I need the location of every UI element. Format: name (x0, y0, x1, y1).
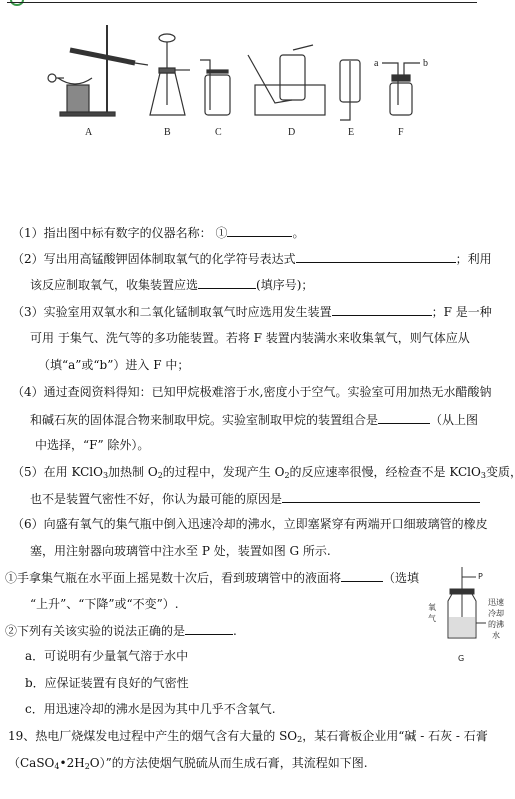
header-rule (7, 2, 477, 3)
svg-text:冷却: 冷却 (488, 608, 504, 618)
q5-line2: 也不是装置气密性不好，你认为最可能的原因是 (30, 490, 480, 507)
q2-line2: 该反应制取氧气，收集装置应选(填序号)； (30, 276, 313, 293)
q6-option-a: a．可说明有少量氧气溶于水中 (25, 648, 188, 664)
q1: （1）指出图中标有数字的仪器名称： ①。 (12, 224, 304, 241)
q3-line2: 可用 于集气、洗气等的多功能装置。若将 F 装置内装满水来收集氧气，则气体应从 (30, 330, 470, 346)
g-label-oxygen: 氧 (428, 602, 436, 612)
q5-line1: （5）在用 KClO3加热制 O2的过程中，发现产生 O2的反应速率很慢，经检查… (12, 464, 515, 484)
q6-blank-2[interactable] (185, 622, 233, 635)
logo-icon (10, 0, 24, 6)
q4-line1: （4）通过查阅资料得知：已知甲烷极难溶于水,密度小于空气。实验室可用加热无水醋酸… (12, 384, 491, 400)
g-label-p: P (478, 572, 483, 581)
q6-line2: 塞，用注射器向玻璃管中注水至 P 处，装置如图 G 所示. (30, 543, 331, 559)
q2-line1: （2）写出用高锰酸钾固体制取氧气的化学符号表达式；利用 (12, 250, 492, 267)
q6-option-b: b．应保证装置有良好的气密性 (25, 675, 189, 691)
q6-sub2: ②下列有关该实验的说法正确的是. (5, 622, 237, 639)
label-b: b (423, 58, 428, 69)
q3-line3: （填“a”或“b”）进入 F 中； (38, 357, 189, 373)
q3-line1: （3）实验室用双氧水和二氧化锰制取氧气时应选用发生装置；F 是一种 (12, 303, 492, 320)
q19-line2: （CaSO4•2H2O）”的方法使烟气脱硫从而生成石膏，其流程如下图. (8, 755, 368, 775)
q6-option-c: c．用迅速冷却的沸水是因为其中几乎不含氧气. (25, 701, 276, 717)
q4-blank[interactable] (378, 411, 430, 424)
label-D: D (288, 127, 295, 138)
apparatus-figure: A B C D E F a b (30, 15, 450, 140)
q6-blank-1[interactable] (341, 569, 383, 582)
q19-line1: 19、热电厂烧煤发电过程中产生的烟气含有大量的 SO2，某石膏板企业用“碱 - … (8, 728, 488, 748)
label-E: E (348, 127, 354, 138)
svg-text:水: 水 (492, 630, 500, 640)
figure-g: P 氧 气 迅速 冷却 的沸 水 G (428, 565, 513, 670)
g-caption: G (458, 654, 464, 663)
label-A: A (85, 127, 93, 138)
q6-line1: （6）向盛有氧气的集气瓶中倒入迅速冷却的沸水，立即塞紧穿有两端开口细玻璃管的橡皮 (12, 516, 488, 532)
q2-blank-2[interactable] (198, 276, 256, 289)
label-F: F (398, 127, 404, 138)
label-a: a (374, 58, 379, 69)
label-C: C (215, 127, 222, 138)
svg-text:气: 气 (428, 613, 436, 623)
svg-text:迅速: 迅速 (488, 597, 504, 607)
q4-line3: 中选择，“F” 除外）。 (35, 437, 149, 453)
q5-blank[interactable] (282, 490, 480, 503)
q4-line2: 和碱石灰的固体混合物来制取甲烷。实验室制取甲烷的装置组合是（从上图 (30, 411, 478, 428)
label-B: B (164, 127, 171, 138)
q1-blank[interactable] (227, 224, 292, 237)
q2-blank-1[interactable] (296, 250, 456, 263)
q6-sub1-line1: ①手拿集气瓶在水平面上摇晃数十次后，看到玻璃管中的液面将（选填 (5, 569, 419, 586)
q3-blank-1[interactable] (332, 303, 432, 316)
svg-text:的沸: 的沸 (488, 619, 504, 629)
q6-sub1-line2: “上升”、“下降”或“不变”）. (30, 596, 179, 612)
